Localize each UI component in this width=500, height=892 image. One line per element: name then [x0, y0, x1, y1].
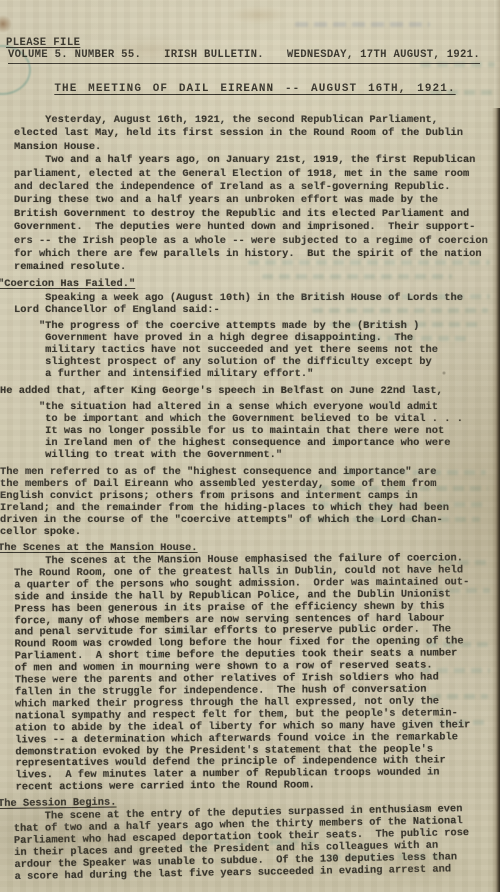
masthead-volume: VOLUME 5. NUMBER 55.: [8, 49, 141, 61]
paragraph-scenes: The scenes at the Mansion House emphasis…: [14, 553, 500, 795]
paragraph-opening: Yesterday, August 16th, 1921, the second…: [14, 114, 500, 154]
article: Yesterday, August 16th, 1921, the second…: [0, 95, 500, 883]
article-title: THE MEETING OF DAIL EIREANN -- AUGUST 16…: [54, 83, 455, 95]
heading-coercion-has-failed: "Coercion Has Failed.": [0, 278, 500, 290]
paragraph-session: The scene at the entry of the deputies s…: [14, 804, 500, 884]
paragraph-history: Two and a half years ago, on January 21s…: [14, 154, 500, 275]
masthead-publication: IRISH BULLETIN.: [164, 49, 264, 61]
blockquote-coercive-attempts: "The progress of the coercive attempts m…: [14, 320, 500, 380]
masthead-date: WEDNESDAY, 17TH AUGUST, 1921.: [287, 49, 480, 61]
paragraph-men-referred: The men referred to as of the "highest c…: [0, 466, 500, 538]
masthead: VOLUME 5. NUMBER 55. IRISH BULLETIN. WED…: [8, 49, 480, 64]
paragraph-he-added: He added that, after King George's speec…: [0, 385, 500, 397]
paragraph-lord-chancellor: Speaking a week ago (August 10th) in the…: [14, 292, 500, 316]
please-file-note: PLEASE FILE: [6, 37, 80, 49]
scanned-document-page: PLEASE FILE VOLUME 5. NUMBER 55. IRISH B…: [0, 0, 500, 892]
blockquote-situation-altered: "the situation had altered in a sense wh…: [14, 401, 500, 461]
document-header: PLEASE FILE VOLUME 5. NUMBER 55. IRISH B…: [0, 0, 500, 95]
